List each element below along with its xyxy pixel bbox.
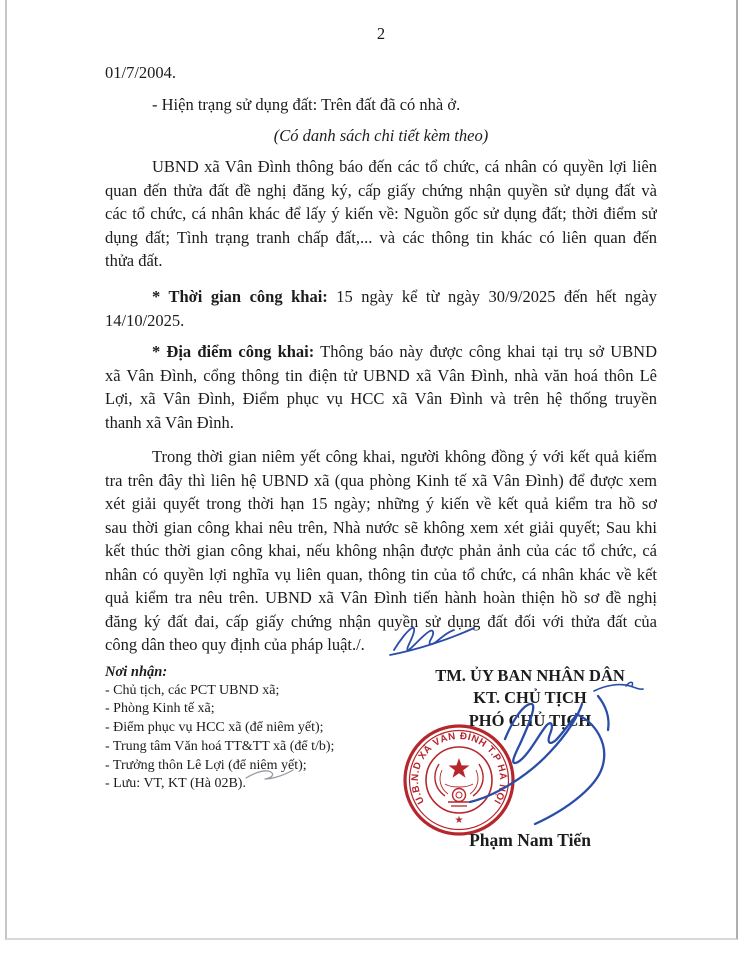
paragraph-line: kết thúc thời gian công khai, nếu không … bbox=[105, 539, 657, 563]
paragraph-line: * Địa điểm công khai: Thông báo này được… bbox=[105, 340, 657, 364]
attachment-note: (Có danh sách chi tiết kèm theo) bbox=[105, 124, 657, 148]
paragraph-line: quan đến thửa đất đề nghị đăng ký, cấp g… bbox=[105, 179, 657, 203]
clerk-initials-ink bbox=[241, 764, 299, 784]
recipient-item: - Chủ tịch, các PCT UBND xã; bbox=[105, 682, 405, 701]
public-time-value: 15 ngày kể từ ngày 30/9/2025 đến hết ngà… bbox=[328, 287, 657, 306]
initials-ink bbox=[386, 622, 478, 658]
paragraph-notice: UBND xã Vân Đình thông báo đến các tổ ch… bbox=[105, 155, 657, 273]
paragraph-line: các tổ chức, cá nhân khác để lấy ý kiến … bbox=[105, 202, 657, 226]
paragraph-line: 14/10/2025. bbox=[105, 309, 657, 333]
paragraph-public-time: * Thời gian công khai: 15 ngày kể từ ngà… bbox=[105, 285, 657, 332]
paragraph-line: Trong thời gian niêm yết công khai, ngườ… bbox=[105, 445, 657, 469]
document-page: { "page": { "number": "2", "date_line": … bbox=[0, 0, 740, 956]
paragraph-line: quả kiểm tra nêu trên. UBND xã Vân Đình … bbox=[105, 586, 657, 610]
paragraph-line: * Thời gian công khai: 15 ngày kể từ ngà… bbox=[105, 285, 657, 309]
public-place-label: * Địa điểm công khai: bbox=[152, 342, 314, 361]
page-number: 2 bbox=[105, 22, 657, 46]
paragraph-line: tra trên đây thì liên hệ UBND xã (qua ph… bbox=[105, 469, 657, 493]
paragraph-line: công dân theo quy định của pháp luật./. bbox=[105, 633, 657, 657]
paragraph-public-place: * Địa điểm công khai: Thông báo này được… bbox=[105, 340, 657, 434]
paragraph-line: Lợi, xã Vân Đình, Điểm phục vụ HCC xã Vâ… bbox=[105, 387, 657, 411]
paragraph-line: thửa đất. bbox=[105, 249, 657, 273]
signature-ink bbox=[450, 684, 665, 839]
recipient-item: - Điểm phục vụ HCC xã (để niêm yết); bbox=[105, 719, 405, 738]
paragraph-line: UBND xã Vân Đình thông báo đến các tổ ch… bbox=[105, 155, 657, 179]
recipient-item: - Phòng Kinh tế xã; bbox=[105, 700, 405, 719]
paragraph-line: xã Vân Đình, cổng thông tin điện tử UBND… bbox=[105, 364, 657, 388]
paragraph-line: đăng ký đất đai, cấp giấy chứng nhận quy… bbox=[105, 610, 657, 634]
date-carryover-line: 01/7/2004. bbox=[105, 61, 657, 85]
paragraph-line: sau thời gian công khai nêu trên, Nhà nư… bbox=[105, 516, 657, 540]
public-time-label: * Thời gian công khai: bbox=[152, 287, 328, 306]
signer-name: Phạm Nam Tiến bbox=[398, 829, 662, 853]
recipients-title: Nơi nhận: bbox=[105, 663, 405, 682]
land-status-line: - Hiện trạng sử dụng đất: Trên đất đã có… bbox=[105, 93, 657, 117]
paragraph-line: xét giải quyết trong thời hạn 15 ngày; n… bbox=[105, 492, 657, 516]
paragraph-line: thanh xã Vân Đình. bbox=[105, 411, 657, 435]
recipient-item: - Trung tâm Văn hoá TT&TT xã (để t/b); bbox=[105, 738, 405, 757]
paragraph-line: dụng đất; Tình trạng tranh chấp đất,... … bbox=[105, 226, 657, 250]
paragraph-review-process: Trong thời gian niêm yết công khai, ngườ… bbox=[105, 445, 657, 657]
public-place-value: Thông báo này được công khai tại trụ sở … bbox=[314, 342, 657, 361]
paragraph-line: nhân có quyền lợi nghĩa vụ liên quan, th… bbox=[105, 563, 657, 587]
